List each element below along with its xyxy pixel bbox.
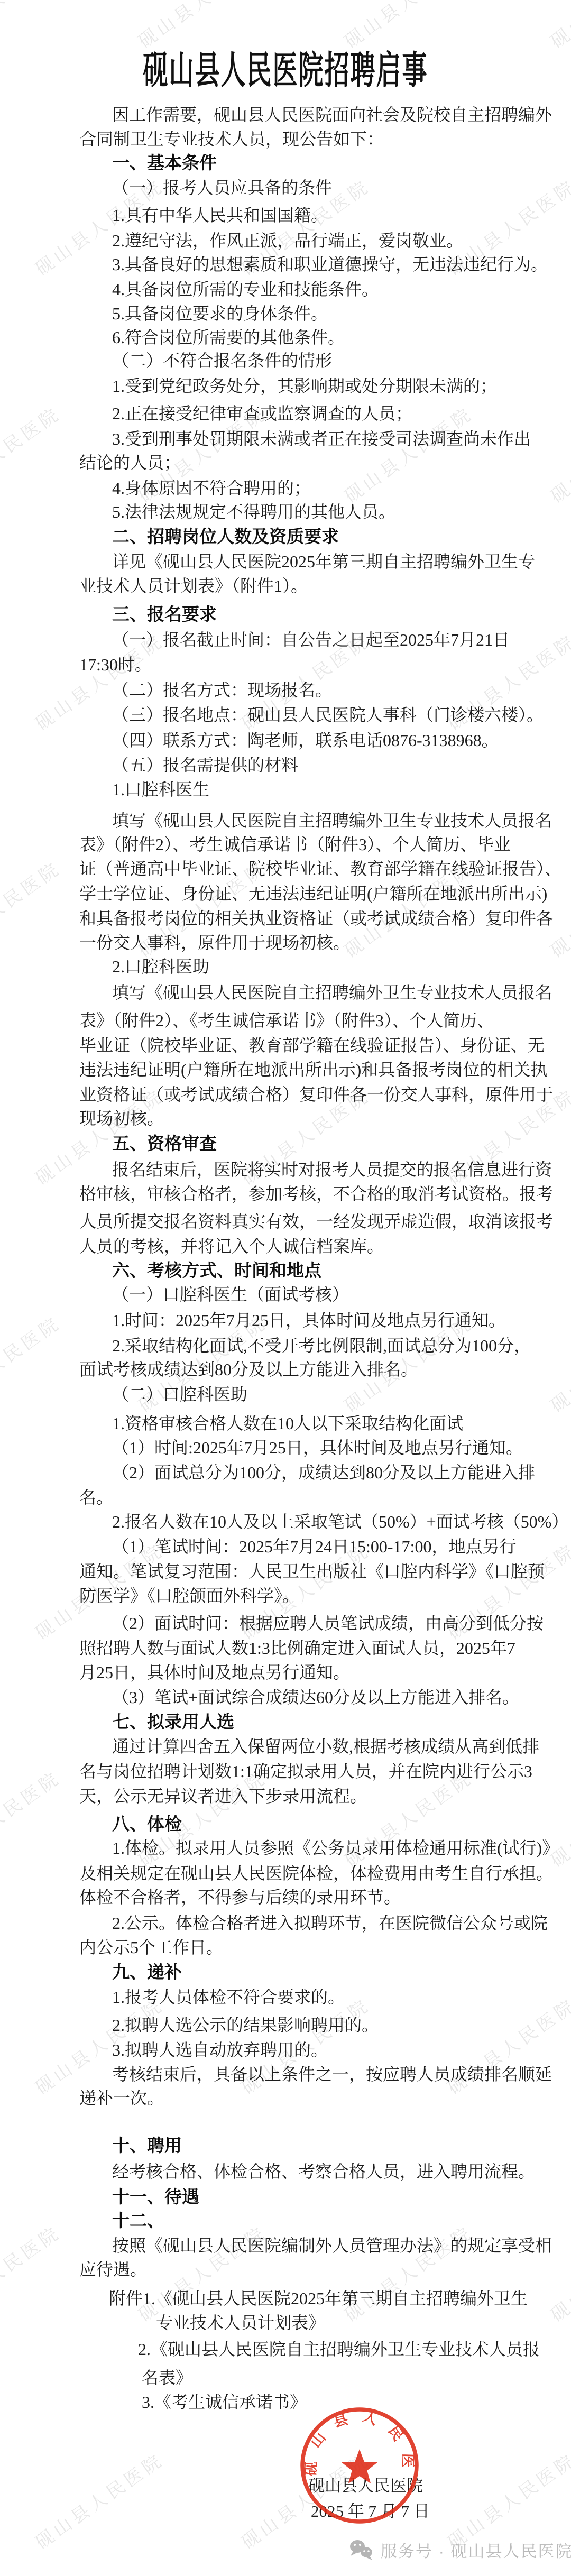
doc-line: 一份交人事科，原件用于现场初核。 bbox=[79, 931, 350, 955]
doc-line: 1.时间：2025年7月25日，具体时间及地点另行通知。 bbox=[112, 1308, 505, 1332]
doc-line: 和具备报考岗位的相关执业资格证（或考试成绩合格）复印件各 bbox=[79, 906, 553, 931]
doc-line: 3.《考生诚信承诺书》 bbox=[142, 2390, 307, 2414]
section-heading: 一、基本条件 bbox=[112, 151, 217, 175]
doc-line: 2.采取结构化面试,不受开考比例限制,面试总分为100分， bbox=[112, 1333, 531, 1358]
doc-line: 证（普通高中毕业证、院校毕业证、教育部学籍在线验证报告）、 bbox=[79, 857, 561, 881]
section-heading: 二、招聘岗位人数及资质要求 bbox=[112, 525, 339, 549]
doc-line: 2.公示。体检合格者进入拟聘环节，在医院微信公众号或院 bbox=[112, 1911, 548, 1935]
doc-line: 详见《砚山县人民医院2025年第三期自主招聘编外卫生专 bbox=[112, 549, 535, 574]
footer-account-label: 服务号 · 砚山县人民医院 bbox=[381, 2538, 571, 2562]
doc-line: 1.资格审核合格人数在10人以下采取结构化面试 bbox=[112, 1411, 463, 1436]
section-heading: 九、递补 bbox=[112, 1960, 182, 1984]
section-heading: 七、拟录用人选 bbox=[112, 1710, 234, 1734]
doc-line: 照招聘人数与面试人数1:3比例确定进入面试人员，2025年7 bbox=[79, 1636, 515, 1660]
doc-line: 通过计算四舍五入保留两位小数,根据考核成绩从高到低排 bbox=[112, 1734, 539, 1759]
official-seal-icon: 砚山县人民医院 bbox=[291, 2403, 428, 2530]
doc-line: 5.具备岗位要求的身体条件。 bbox=[112, 301, 328, 326]
doc-line: 17:30时。 bbox=[79, 652, 152, 677]
doc-line: 格审核，审核合格者，参加考核，不合格的取消考试资格。报考 bbox=[79, 1182, 553, 1206]
doc-line: 3.具备良好的思想素质和职业道德操守，无违法违纪行为。 bbox=[112, 252, 548, 277]
doc-line: 防医学》《口腔颌面外科学》。 bbox=[79, 1584, 299, 1608]
section-heading: 三、报名要求 bbox=[112, 602, 217, 627]
doc-line: 内公示5个工作日。 bbox=[79, 1935, 223, 1959]
doc-line: （一）报名截止时间：自公告之日起至2025年7月21日 bbox=[112, 628, 510, 652]
section-heading: 十、聘用 bbox=[112, 2133, 182, 2158]
document-body: 因工作需要，砚山县人民医院面向社会及院校自主招聘编外合同制卫生专业技术人员，现公… bbox=[0, 0, 571, 2576]
doc-line: 及相关规定在砚山县人民医院体检，体检费用由考生自行承担。 bbox=[79, 1861, 553, 1885]
doc-line: 1.体检。拟录用人员参照《公务员录用体检通用标准(试行)》 bbox=[112, 1836, 559, 1860]
doc-line: 天，公示无异议者进入下步录用流程。 bbox=[79, 1784, 367, 1808]
doc-line: 1.受到党纪政务处分，其影响期或处分期限未满的； bbox=[112, 374, 497, 398]
section-heading: 十一、待遇 bbox=[112, 2185, 199, 2209]
doc-line: 因工作需要，砚山县人民医院面向社会及院校自主招聘编外 bbox=[112, 103, 552, 127]
doc-line: 2.遵纪守法，作风正派，品行端正，爱岗敬业。 bbox=[112, 228, 463, 253]
doc-line: 业技术人员计划表》（附件1）。 bbox=[79, 574, 308, 598]
doc-line: （二）不符合报名条件的情形 bbox=[112, 348, 332, 373]
doc-line: （二）报名方式：现场报名。 bbox=[112, 678, 332, 702]
doc-line: 现场初核。 bbox=[79, 1106, 164, 1130]
doc-line: 面试考核成绩达到80分及以上方能进入排名。 bbox=[79, 1357, 418, 1382]
doc-line: （2）面试总分为100分，成绩达到80分及以上方能进入排 bbox=[112, 1460, 535, 1485]
doc-line: 3.受到刑事处罚期限未满或者正在接受司法调查尚未作出 bbox=[112, 427, 531, 451]
doc-line: 违法违纪证明(户籍所在地派出所出示)和具备报考岗位的相关执 bbox=[79, 1057, 547, 1082]
doc-line: 经考核合格、体检合格、考察合格人员，进入聘用流程。 bbox=[112, 2159, 535, 2184]
doc-line: 4.身体原因不符合聘用的； bbox=[112, 476, 311, 500]
doc-line: （五）报名需提供的材料 bbox=[112, 753, 298, 777]
doc-line: （1）笔试时间：2025年7月24日15:00-17:00，地点另行 bbox=[112, 1534, 516, 1559]
doc-line: （2）面试时间：根据应聘人员笔试成绩，由高分到低分按 bbox=[112, 1611, 544, 1635]
doc-line: 填写《砚山县人民医院自主招聘编外卫生专业技术人员报名 bbox=[112, 808, 552, 833]
doc-line: （三）报名地点：砚山县人民医院人事科（门诊楼六楼）。 bbox=[112, 703, 544, 727]
document-page: 砚山县人民医院砚山县人民医院砚山县人民医院砚山县人民医院砚山县人民医院砚山县人民… bbox=[0, 0, 571, 2576]
doc-line: （二）口腔科医助 bbox=[112, 1382, 247, 1406]
section-heading: 八、体检 bbox=[112, 1812, 182, 1836]
doc-line: 名表》 bbox=[142, 2366, 192, 2390]
doc-line: 5.法律法规规定不得聘用的其他人员。 bbox=[112, 500, 395, 524]
doc-line: 通知。笔试复习范围：人民卫生出版社《口腔内科学》《口腔预 bbox=[79, 1559, 545, 1584]
doc-line: （一）报考人员应具备的条件 bbox=[112, 176, 332, 200]
doc-line: 表》（附件2）、《考生诚信承诺书》（附件3）、个人简历、 bbox=[79, 1008, 494, 1033]
section-heading: 十二、 bbox=[112, 2209, 164, 2233]
doc-line: 1.口腔科医生 bbox=[112, 777, 209, 802]
doc-line: 2.拟聘人选公示的结果影响聘用的。 bbox=[112, 2013, 379, 2037]
doc-line: 应待遇。 bbox=[79, 2257, 147, 2281]
doc-line: 2.报名人数在10人及以上采取笔试（50%）+面试考核（50%） bbox=[112, 1510, 568, 1534]
doc-line: 2.口腔科医助 bbox=[112, 954, 209, 979]
doc-line: 专业技术人员计划表》 bbox=[156, 2311, 325, 2335]
doc-line: 学士学位证、身份证、无违法违纪证明(户籍所在地派出所出示) bbox=[79, 881, 547, 906]
doc-line: 名与岗位招聘计划数1:1确定拟录用人员，并在院内进行公示3 bbox=[79, 1759, 532, 1783]
doc-line: （一）口腔科医生（面试考核） bbox=[112, 1282, 349, 1307]
doc-line: 1.报考人员体检不符合要求的。 bbox=[112, 1985, 345, 2009]
doc-line: 按照《砚山县人民医院编制外人员管理办法》的规定享受相 bbox=[112, 2233, 552, 2258]
doc-line: 4.具备岗位所需的专业和技能条件。 bbox=[112, 277, 379, 301]
doc-line: 毕业证（院校毕业证、教育部学籍在线验证报告）、身份证、无 bbox=[79, 1033, 545, 1057]
seal-star-icon bbox=[342, 2449, 377, 2483]
doc-line: 3.拟聘人选自动放弃聘用的。 bbox=[112, 2038, 328, 2062]
section-heading: 五、资格审查 bbox=[112, 1131, 217, 1156]
doc-line: 人员所提交报名资料真实有效，一经发现弄虚造假，取消该报考 bbox=[79, 1209, 553, 1234]
doc-line: （四）联系方式：陶老师，联系电话0876-3138968。 bbox=[112, 728, 499, 752]
doc-line: 合同制卫生专业技术人员，现公告如下： bbox=[79, 127, 384, 151]
doc-line: （3）笔试+面试综合成绩达60分及以上方能进入排名。 bbox=[112, 1685, 519, 1709]
doc-line: 2.《砚山县人民医院自主招聘编外卫生专业技术人员报 bbox=[138, 2337, 540, 2361]
doc-line: 体检不合格者，不得参与后续的录用环节。 bbox=[79, 1885, 401, 1909]
doc-line: 考核结束后，具备以上条件之一，按应聘人员成绩排名顺延 bbox=[112, 2062, 552, 2086]
doc-line: 2.正在接受纪律审查或监察调查的人员； bbox=[112, 401, 412, 426]
doc-line: 1.具有中华人民共和国国籍。 bbox=[112, 203, 328, 227]
wechat-icon bbox=[349, 2538, 374, 2562]
section-heading: 六、考核方式、时间和地点 bbox=[112, 1258, 321, 1283]
doc-line: 结论的人员； bbox=[79, 450, 181, 475]
doc-line: 月25日，具体时间及地点另行通知。 bbox=[79, 1660, 350, 1685]
doc-line: 6.符合岗位所需要的其他条件。 bbox=[112, 325, 345, 349]
doc-line: （1）时间:2025年7月25日，具体时间及地点另行通知。 bbox=[112, 1436, 523, 1460]
doc-line: 表》（附件2）、考生诚信承诺书（附件3）、个人简历、毕业 bbox=[79, 832, 511, 857]
doc-line: 附件1.《砚山县人民医院2025年第三期自主招聘编外卫生 bbox=[109, 2286, 528, 2311]
doc-line: 填写《砚山县人民医院自主招聘编外卫生专业技术人员报名 bbox=[112, 980, 552, 1005]
doc-line: 递补一次。 bbox=[79, 2086, 164, 2110]
footer-bar: 服务号 · 砚山县人民医院 bbox=[349, 2538, 571, 2562]
doc-line: 业资格证（或考试成绩合格）复印件各一份交人事科，原件用于 bbox=[79, 1082, 553, 1107]
doc-line: 名。 bbox=[79, 1485, 113, 1510]
doc-line: 人员的考核，并将记入个人诚信档案库。 bbox=[79, 1234, 384, 1258]
doc-line: 报名结束后，医院将实时对报考人员提交的报名信息进行资 bbox=[112, 1157, 552, 1182]
